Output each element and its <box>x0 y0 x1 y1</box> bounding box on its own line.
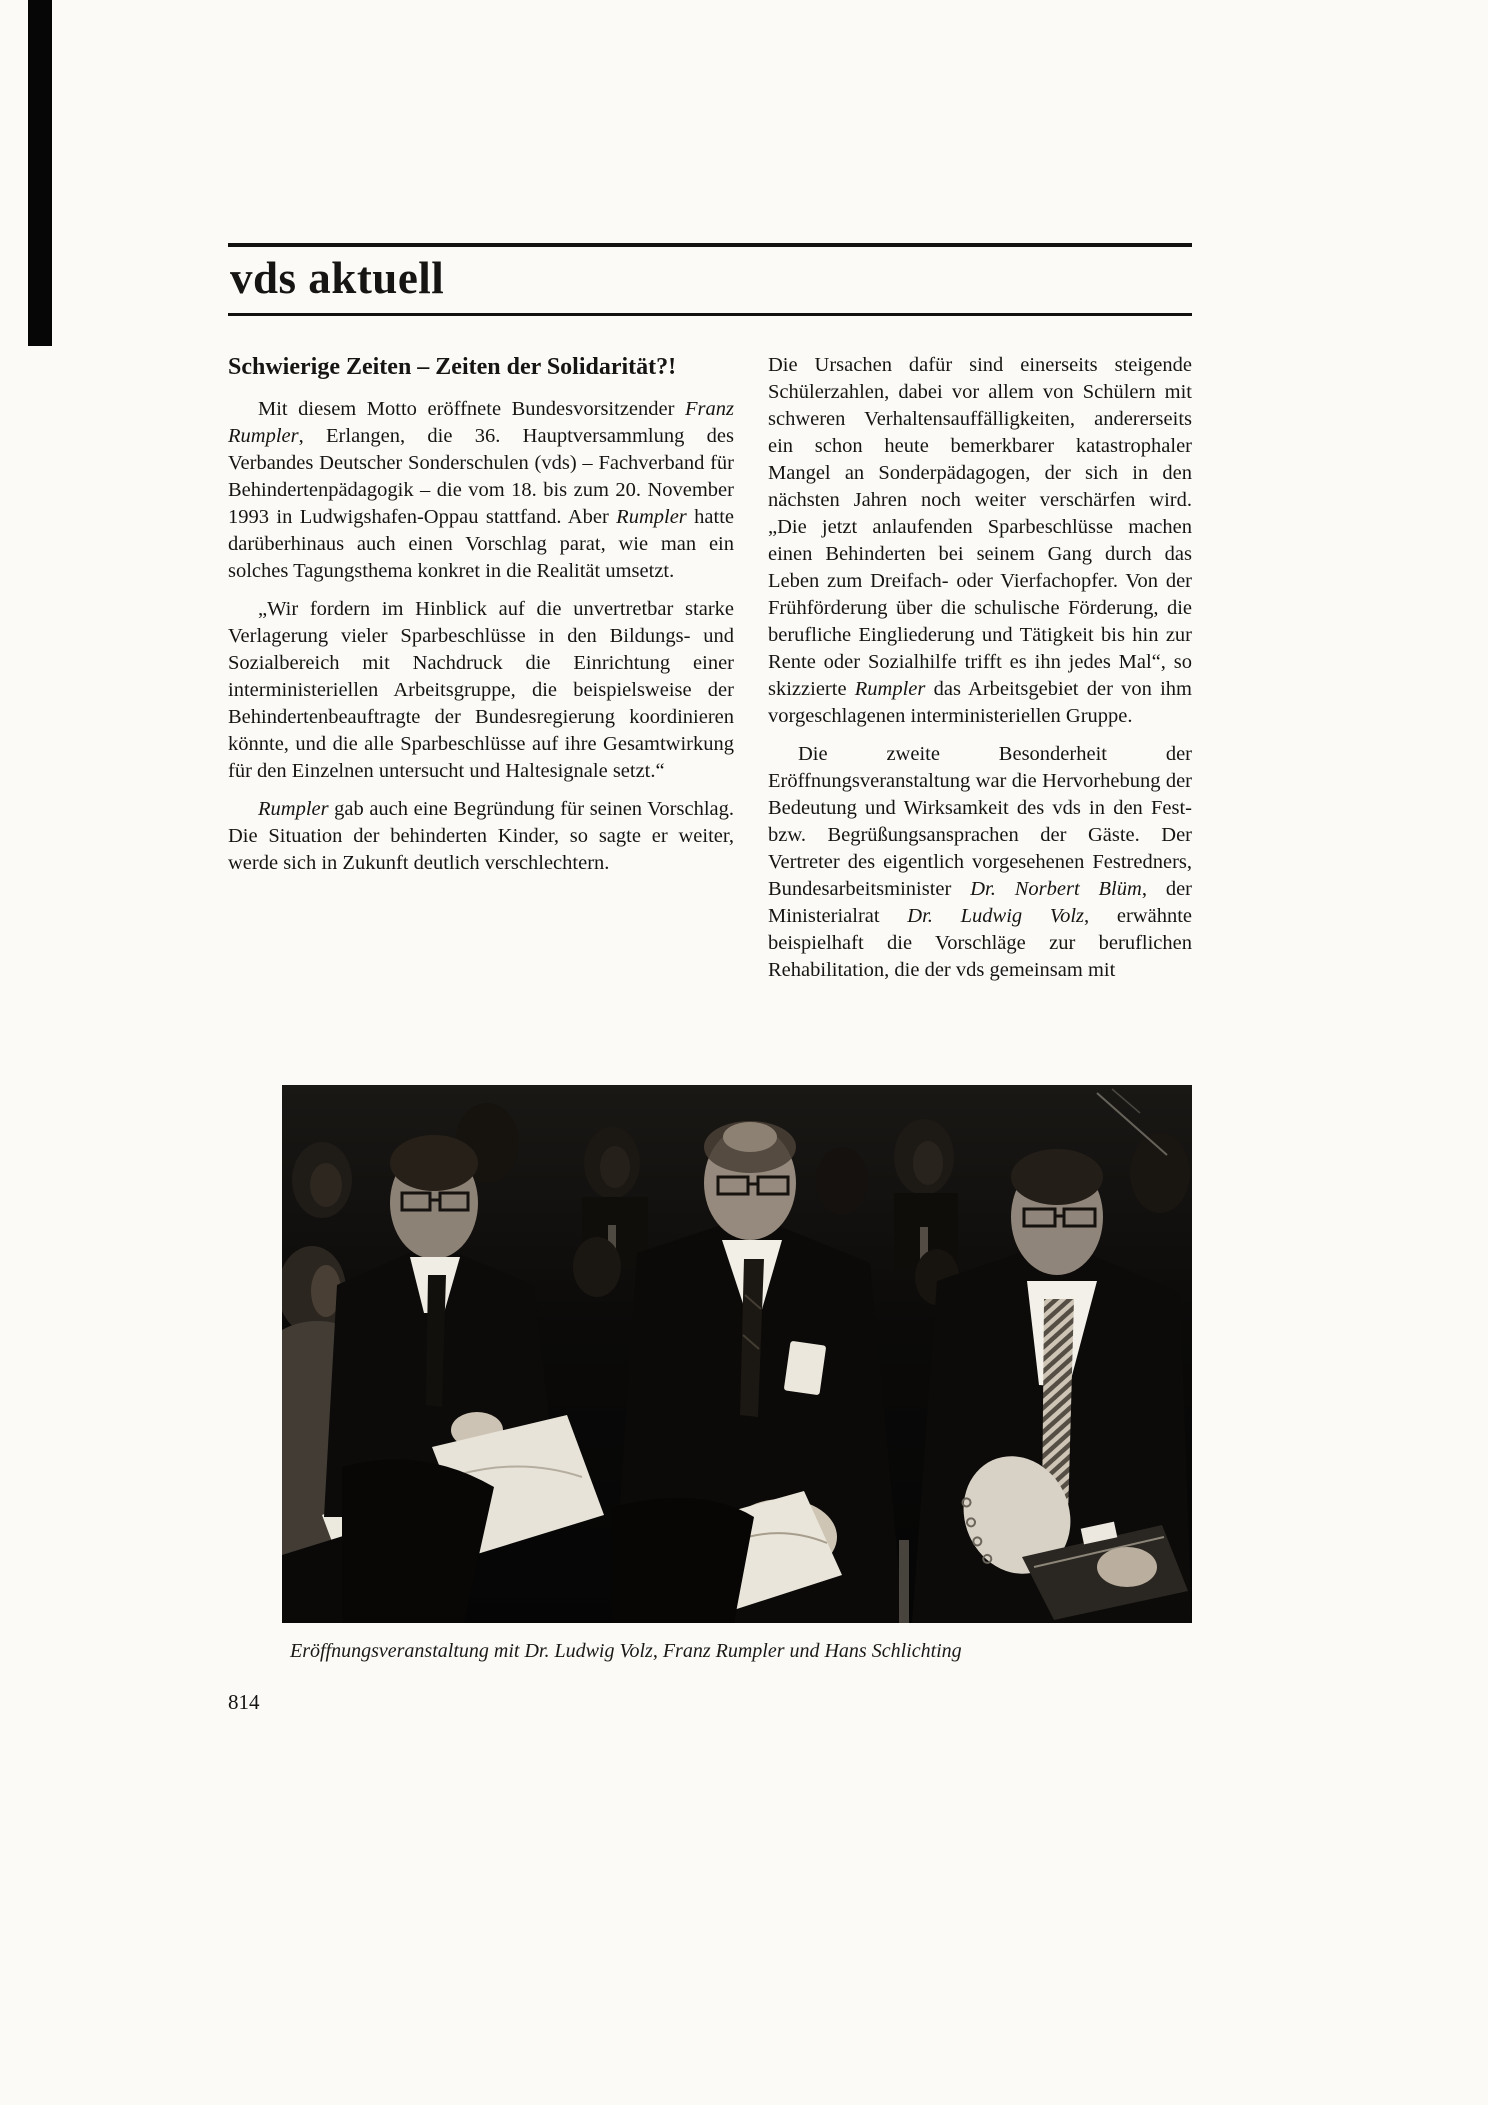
article-heading: Schwierige Zeiten – Zeiten der Solidarit… <box>228 352 734 382</box>
article-column-right-paragraphs: Die Ursachen dafür sind einerseits steig… <box>768 352 1192 984</box>
page-number: 814 <box>228 1690 260 1715</box>
photo-caption: Eröffnungsveranstaltung mit Dr. Ludwig V… <box>290 1638 1192 1664</box>
article-paragraph: „Wir fordern im Hinblick auf die unvertr… <box>228 596 734 785</box>
masthead: vds aktuell <box>228 243 1192 316</box>
article-column-left: Schwierige Zeiten – Zeiten der Solidarit… <box>228 352 734 995</box>
chair-glint <box>899 1540 909 1623</box>
masthead-rule-bottom <box>228 313 1192 316</box>
article-column-left-paragraphs: Mit diesem Motto eröffnete Bundesvorsitz… <box>228 396 734 877</box>
scanned-magazine-page: vds aktuell Schwierige Zeiten – Zeiten d… <box>0 0 1488 2105</box>
conference-photo <box>282 1085 1192 1623</box>
article-paragraph: Die zweite Besonderheit der Eröffnungsve… <box>768 741 1192 984</box>
article-column-right: Die Ursachen dafür sind einerseits steig… <box>768 352 1192 995</box>
article-paragraph: Mit diesem Motto eröffnete Bundesvorsitz… <box>228 396 734 585</box>
scan-artifact-bar <box>28 0 52 346</box>
page-title: vds aktuell <box>230 254 1192 304</box>
article-body: Schwierige Zeiten – Zeiten der Solidarit… <box>228 352 1192 995</box>
article-paragraph: Rumpler gab auch eine Begründung für sei… <box>228 796 734 877</box>
masthead-rule-top <box>228 243 1192 247</box>
article-paragraph: Die Ursachen dafür sind einerseits steig… <box>768 352 1192 730</box>
